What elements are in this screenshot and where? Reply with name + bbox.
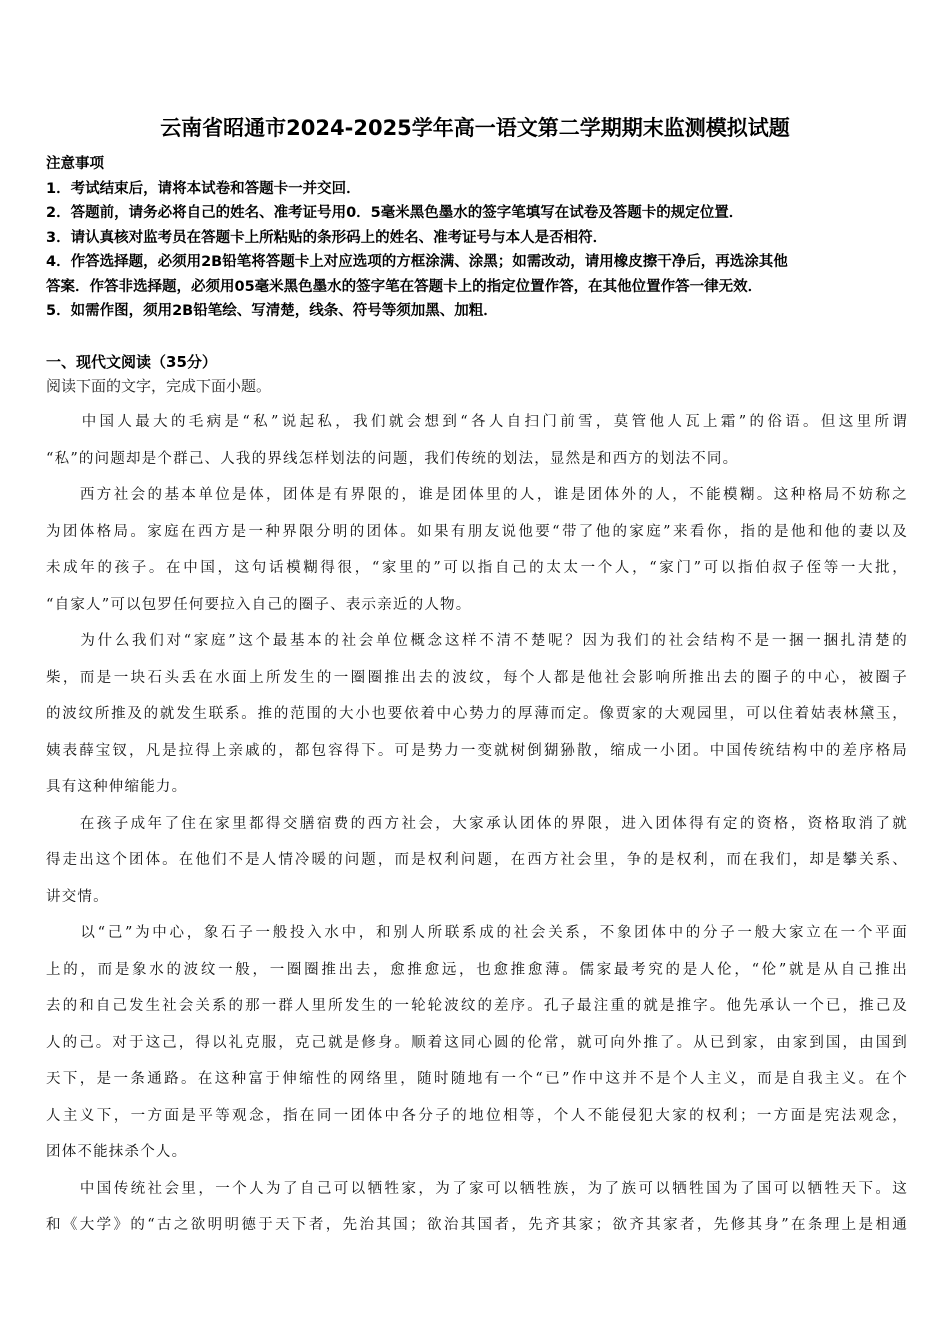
text-line: 未成年的孩子。在中国，这句话模糊得很，“家里的”可以指自己的太太一个人，“家门”… [46,550,908,587]
exam-title: 云南省昭通市2024-2025学年高一语文第二学期期末监测模拟试题 [0,112,950,142]
text-line: 得走出这个团体。在他们不是人情冷暖的问题，而是权利问题，在西方社会里，争的是权利… [46,842,908,879]
text-line: 姨表薛宝钗，凡是拉得上亲戚的，都包容得下。可是势力一变就树倒猢狲散，缩成一小团。… [46,733,908,770]
text-line: 天下，是一条通路。在这种富于伸缩性的网络里，随时随地有一个“已”作中这并不是个人… [46,1061,908,1098]
notice-line: 答案．作答非选择题，必须用05毫米黑色墨水的签字笔在答题卡上的指定位置作答，在其… [46,275,916,300]
section-title: 一、现代文阅读（35分） [46,350,916,374]
text-line: 为什么我们对“家庭”这个最基本的社会单位概念这样不清不楚呢？因为我们的社会结构不… [46,623,908,660]
text-line: 具有这种伸缩能力。 [46,769,908,806]
notice-line: 5．如需作图，须用2B铅笔绘、写清楚，线条、符号等须加黑、加粗． [46,299,916,324]
text-line: 人的己。对于这己，得以礼克服，克己就是修身。顺着这同心圆的伦常，就可向外推了。从… [46,1025,908,1062]
text-line: “私”的问题却是个群己、人我的界线怎样划法的问题，我们传统的划法，显然是和西方的… [46,441,908,478]
notice-heading: 注意事项 [46,152,916,177]
text-line: 讲交情。 [46,879,908,916]
section-header: 一、现代文阅读（35分） 阅读下面的文字，完成下面小题。 [46,350,916,398]
notice-block: 注意事项 1．考试结束后，请将本试卷和答题卡一并交回． 2．答题前，请务必将自己… [46,152,916,324]
exam-page: 云南省昭通市2024-2025学年高一语文第二学期期末监测模拟试题 注意事项 1… [0,0,950,1344]
paragraph: 以“己”为中心，象石子一般投入水中，和别人所联系成的社会关系，不象团体中的分子一… [46,915,908,1171]
text-line: 西方社会的基本单位是体，团体是有界限的，谁是团体里的人，谁是团体外的人，不能模糊… [46,477,908,514]
reading-passage: 中国人最大的毛病是“私”说起私，我们就会想到“各人自扫门前雪，莫管他人瓦上霜”的… [46,404,908,1244]
text-line: 中国传统社会里，一个人为了自己可以牺牲家，为了家可以牺牲族，为了族可以牺牲国为了… [46,1171,908,1208]
paragraph: 为什么我们对“家庭”这个最基本的社会单位概念这样不清不楚呢？因为我们的社会结构不… [46,623,908,806]
paragraph: 西方社会的基本单位是体，团体是有界限的，谁是团体里的人，谁是团体外的人，不能模糊… [46,477,908,623]
text-line: 中国人最大的毛病是“私”说起私，我们就会想到“各人自扫门前雪，莫管他人瓦上霜”的… [46,404,908,441]
text-line: 上的，而是象水的波纹一般，一圈圈推出去，愈推愈远，也愈推愈薄。儒家最考究的是人伦… [46,952,908,989]
notice-line: 2．答题前，请务必将自己的姓名、准考证号用0．5毫米黑色墨水的签字笔填写在试卷及… [46,201,916,226]
text-line: 和《大学》的“古之欲明明德于天下者，先治其国；欲治其国者，先齐其家；欲齐其家者，… [46,1207,908,1244]
text-line: 的波纹所推及的就发生联系。推的范围的大小也要依着中心势力的厚薄而定。像贾家的大观… [46,696,908,733]
section-instruction: 阅读下面的文字，完成下面小题。 [46,374,916,398]
text-line: “自家人”可以包罗任何要拉入自己的圈子、表示亲近的人物。 [46,587,908,624]
text-line: 在孩子成年了住在家里都得交膳宿费的西方社会，大家承认团体的界限，进入团体得有定的… [46,806,908,843]
paragraph: 在孩子成年了住在家里都得交膳宿费的西方社会，大家承认团体的界限，进入团体得有定的… [46,806,908,916]
text-line: 柴，而是一块石头丢在水面上所发生的一圈圈推出去的波纹，每个人都是他社会影响所推出… [46,660,908,697]
notice-line: 3．请认真核对监考员在答题卡上所粘贴的条形码上的姓名、准考证号与本人是否相符． [46,226,916,251]
text-line: 为团体格局。家庭在西方是一种界限分明的团体。如果有朋友说他要“带了他的家庭”来看… [46,514,908,551]
text-line: 人主义下，一方面是平等观念，指在同一团体中各分子的地位相等，个人不能侵犯大家的权… [46,1098,908,1135]
notice-line: 4．作答选择题，必须用2B铅笔将答题卡上对应选项的方框涂满、涂黑；如需改动，请用… [46,250,916,275]
text-line: 团体不能抹杀个人。 [46,1134,908,1171]
notice-line: 1．考试结束后，请将本试卷和答题卡一并交回． [46,177,916,202]
text-line: 去的和自己发生社会关系的那一群人里所发生的一轮轮波纹的差序。孔子最注重的就是推字… [46,988,908,1025]
paragraph: 中国人最大的毛病是“私”说起私，我们就会想到“各人自扫门前雪，莫管他人瓦上霜”的… [46,404,908,477]
text-line: 以“己”为中心，象石子一般投入水中，和别人所联系成的社会关系，不象团体中的分子一… [46,915,908,952]
paragraph: 中国传统社会里，一个人为了自己可以牺牲家，为了家可以牺牲族，为了族可以牺牲国为了… [46,1171,908,1244]
